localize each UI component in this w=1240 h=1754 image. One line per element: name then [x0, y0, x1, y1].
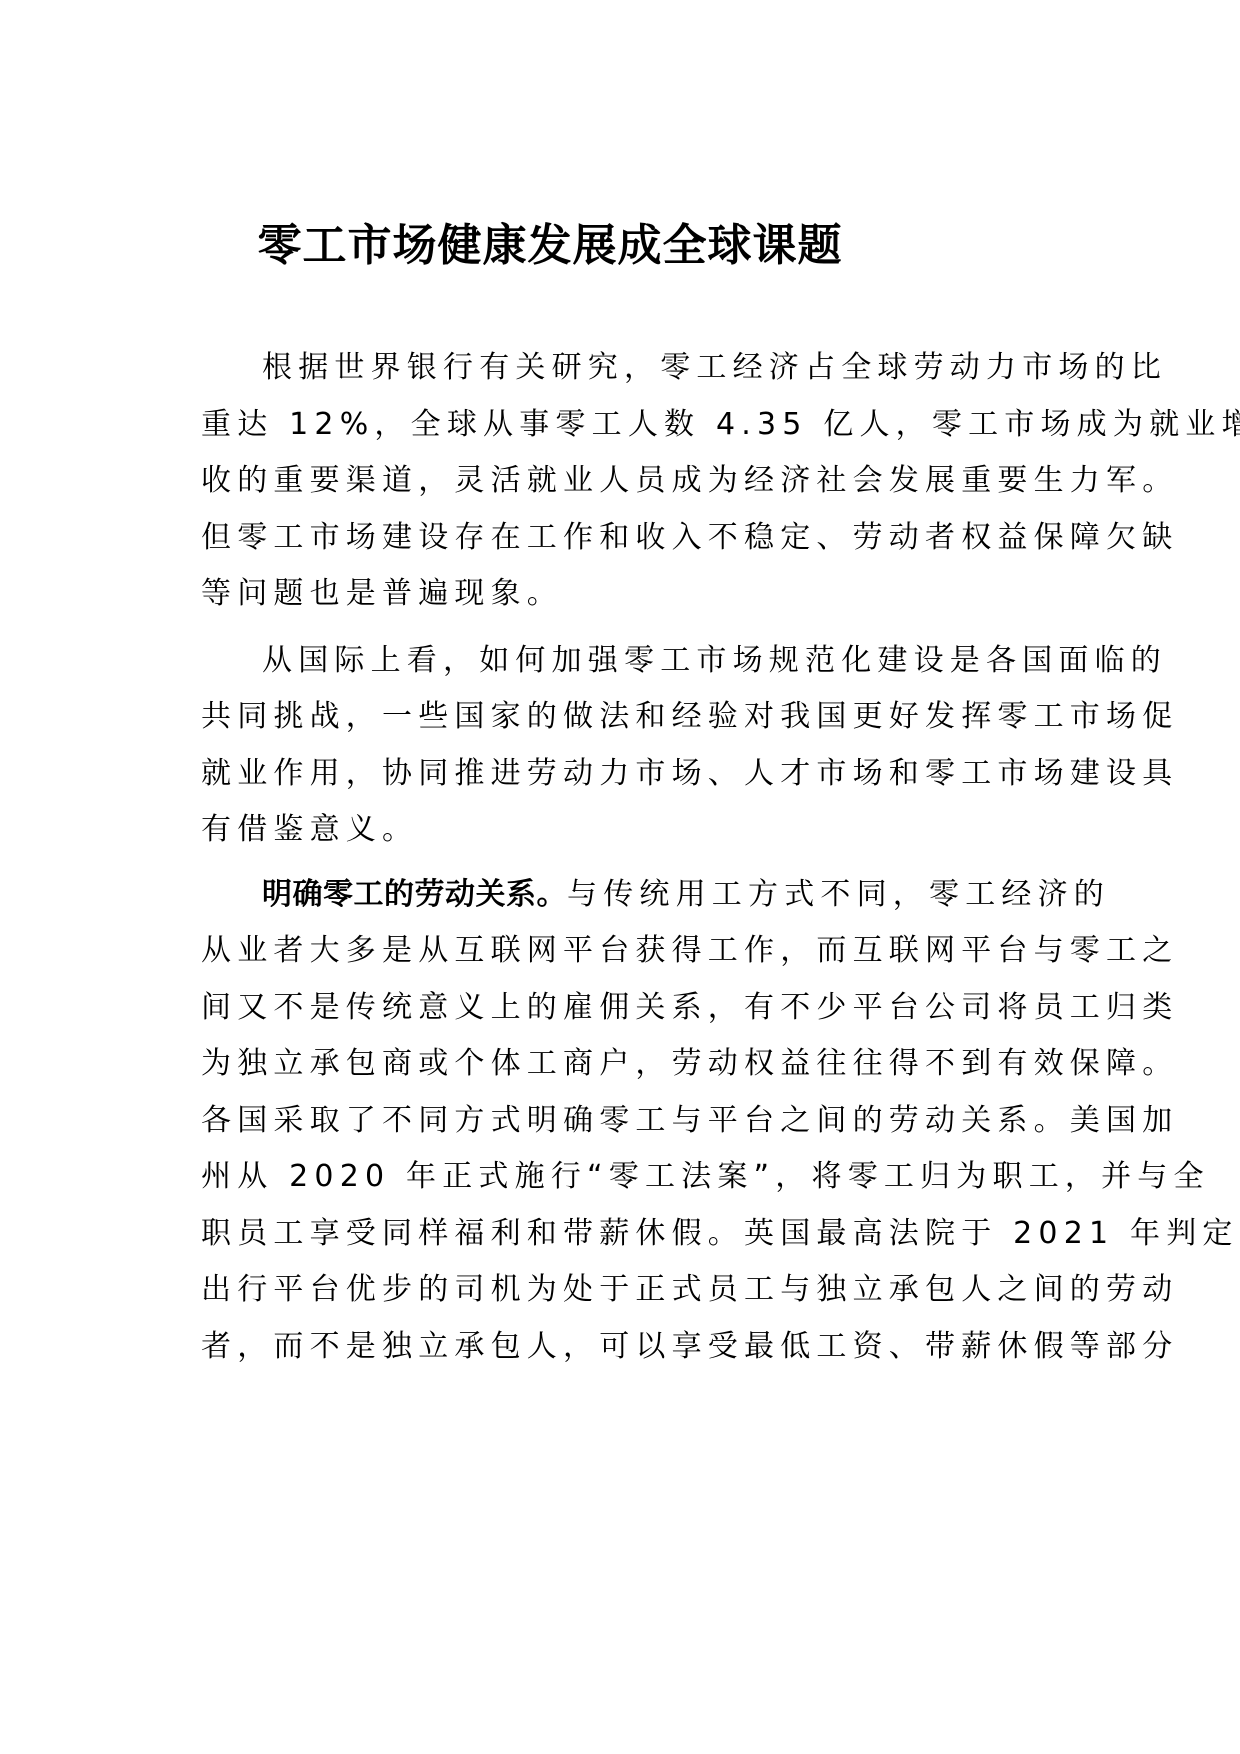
paragraph-2: 从国际上看，如何加强零工市场规范化建设是各国面临的 共同挑战，一些国家的做法和经… — [140, 633, 962, 859]
text-line: 等问题也是普遍现象。 — [140, 566, 962, 623]
text-line: 收的重要渠道，灵活就业人员成为经济社会发展重要生力军。 — [140, 453, 962, 510]
document-body: 根据世界银行有关研究，零工经济占全球劳动力市场的比 重达 12%，全球从事零工人… — [140, 340, 962, 1375]
text-line: 州从 2020 年正式施行“零工法案”，将零工归为职工，并与全 — [140, 1149, 962, 1206]
text-line: 间又不是传统意义上的雇佣关系，有不少平台公司将员工归类 — [140, 980, 962, 1037]
text-line: 为独立承包商或个体工商户，劳动权益往往得不到有效保障。 — [140, 1036, 962, 1093]
text-line: 出行平台优步的司机为处于正式员工与独立承包人之间的劳动 — [140, 1262, 962, 1319]
text-line: 根据世界银行有关研究，零工经济占全球劳动力市场的比 — [140, 340, 962, 397]
document-title: 零工市场健康发展成全球课题 — [0, 216, 1100, 276]
paragraph-1: 根据世界银行有关研究，零工经济占全球劳动力市场的比 重达 12%，全球从事零工人… — [140, 340, 962, 623]
section-lead-heading: 明确零工的劳动关系。 — [262, 877, 567, 912]
text-line: 各国采取了不同方式明确零工与平台之间的劳动关系。美国加 — [140, 1093, 962, 1150]
text-segment: 与传统用工方式不同，零工经济的 — [567, 877, 1110, 912]
text-line: 就业作用，协同推进劳动力市场、人才市场和零工市场建设具 — [140, 746, 962, 803]
text-line: 重达 12%，全球从事零工人数 4.35 亿人，零工市场成为就业增 — [140, 397, 962, 454]
text-line: 共同挑战，一些国家的做法和经验对我国更好发挥零工市场促 — [140, 689, 962, 746]
text-line: 职员工享受同样福利和带薪休假。英国最高法院于 2021 年判定 — [140, 1206, 962, 1263]
document-page: 零工市场健康发展成全球课题 根据世界银行有关研究，零工经济占全球劳动力市场的比 … — [0, 0, 1240, 1754]
text-line: 有借鉴意义。 — [140, 802, 962, 859]
text-line: 但零工市场建设存在工作和收入不稳定、劳动者权益保障欠缺 — [140, 510, 962, 567]
text-line: 从国际上看，如何加强零工市场规范化建设是各国面临的 — [140, 633, 962, 690]
text-line: 者，而不是独立承包人，可以享受最低工资、带薪休假等部分 — [140, 1319, 962, 1376]
text-line: 明确零工的劳动关系。与传统用工方式不同，零工经济的 — [140, 867, 962, 924]
text-line: 从业者大多是从互联网平台获得工作，而互联网平台与零工之 — [140, 923, 962, 980]
paragraph-3: 明确零工的劳动关系。与传统用工方式不同，零工经济的 从业者大多是从互联网平台获得… — [140, 867, 962, 1376]
